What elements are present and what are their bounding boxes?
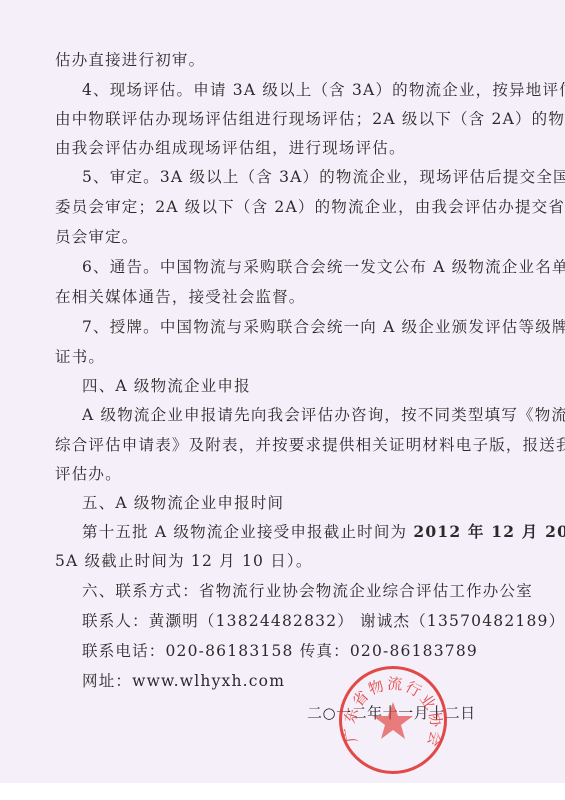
paragraph-line: 综合评估申请表》及附表，并按要求提供相关证明材料电子版，报送我会 — [55, 436, 515, 454]
paragraph-line: 由我会评估办组成现场评估组，进行现场评估。 — [55, 139, 515, 157]
paragraph-line: 在相关媒体通告，接受社会监督。 — [55, 288, 515, 306]
paragraph-line: 员会审定。 — [55, 228, 515, 246]
paragraph-line: 7、授牌。中国物流与采购联合会统一向 A 级企业颁发评估等级牌匾及 — [82, 318, 542, 336]
document-page: 估办直接进行初审。4、现场评估。申请 3A 级以上（含 3A）的物流企业，按异地… — [0, 0, 565, 783]
paragraph-line: 4、现场评估。申请 3A 级以上（含 3A）的物流企业，按异地评估原则 — [82, 81, 542, 99]
deadline-prefix: 第十五批 A 级物流企业接受申报截止时间为 — [82, 523, 413, 541]
paragraph-line: 由中物联评估办现场评估组进行现场评估；2A 级以下（含 2A）的物流企业， — [55, 110, 515, 128]
paragraph-line: 评估办。 — [55, 465, 515, 483]
paragraph-line: 委员会审定；2A 级以下（含 2A）的物流企业，由我会评估办提交省评估委 — [55, 198, 515, 216]
contact-persons: 联系人：黄灏明（13824482832） 谢诚杰（13570482189） — [82, 612, 542, 630]
seal-star-icon: 广东省物流行业协会 — [339, 666, 447, 774]
paragraph-line: 估办直接进行初审。 — [55, 51, 515, 69]
contact-phone: 联系电话：020-86183158 传真：020-86183789 — [82, 642, 542, 660]
paragraph-line: 证书。 — [55, 348, 515, 366]
contact-heading: 六、联系方式：省物流行业协会物流企业综合评估工作办公室 — [82, 582, 542, 600]
paragraph-line: 6、通告。中国物流与采购联合会统一发文公布 A 级物流企业名单，并 — [82, 258, 542, 276]
contact-website: 网址：www.wlhyxh.com — [82, 672, 542, 690]
paragraph-line: 四、A 级物流企业申报 — [82, 377, 542, 395]
paragraph-line: A 级物流企业申报请先向我会评估办咨询，按不同类型填写《物流企业 — [82, 406, 542, 424]
official-seal-stamp: 广东省物流行业协会 — [339, 666, 447, 774]
deadline-date: 2012 年 12 月 20 日 — [413, 522, 565, 541]
paragraph-line: 5、审定。3A 级以上（含 3A）的物流企业，现场评估后提交全国评估 — [82, 168, 542, 186]
deadline-line-2: 5A 级截止时间为 12 月 10 日）。 — [55, 552, 515, 570]
paragraph-line: 五、A 级物流企业申报时间 — [82, 494, 542, 512]
deadline-line-1: 第十五批 A 级物流企业接受申报截止时间为 2012 年 12 月 20 日（其… — [82, 523, 542, 541]
